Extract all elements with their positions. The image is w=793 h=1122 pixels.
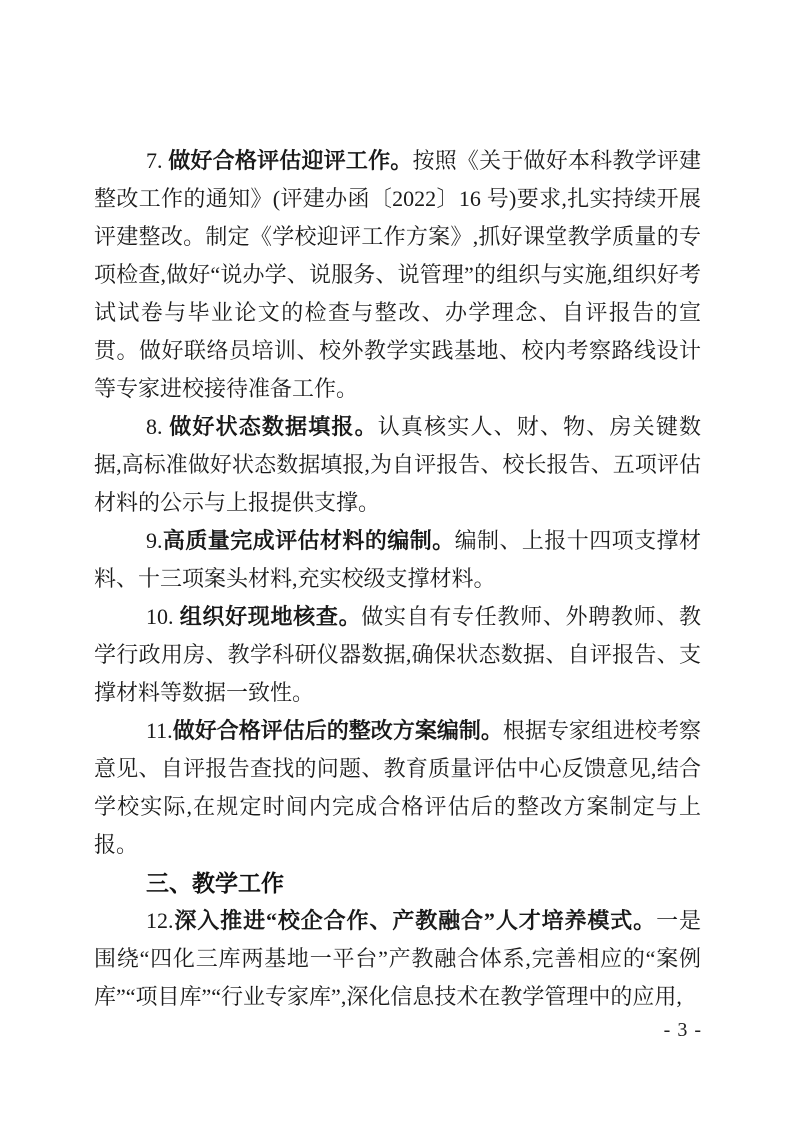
paragraph: 8. 做好状态数据填报。认真核实人、财、物、房关键数据,高标准做好状态数据填报,… <box>94 408 701 522</box>
paragraph-body: 按照《关于做好本科教学评建整改工作的通知》(评建办函〔2022〕16 号)要求,… <box>94 148 701 401</box>
paragraph: 9.高质量完成评估材料的编制。编制、上报十四项支撑材料、十三项案头材料,充实校级… <box>94 522 701 598</box>
paragraph-lead: 做好合格评估迎评工作。 <box>168 148 412 173</box>
paragraph: 10. 组织好现地核查。做实自有专任教师、外聘教师、教学行政用房、教学科研仪器数… <box>94 598 701 712</box>
paragraph-number: 10. <box>146 604 180 629</box>
document-body: 7. 做好合格评估迎评工作。按照《关于做好本科教学评建整改工作的通知》(评建办函… <box>94 142 701 1016</box>
document-page: 7. 做好合格评估迎评工作。按照《关于做好本科教学评建整改工作的通知》(评建办函… <box>0 0 793 1122</box>
paragraph-number: 11. <box>146 718 173 743</box>
paragraph-number: 8. <box>146 414 169 439</box>
paragraph-number: 12. <box>146 908 174 933</box>
paragraph: 7. 做好合格评估迎评工作。按照《关于做好本科教学评建整改工作的通知》(评建办函… <box>94 142 701 408</box>
paragraph-lead: 深入推进“校企合作、产教融合”人才培养模式。 <box>174 908 657 933</box>
page-number: - 3 - <box>664 1019 702 1042</box>
paragraph-lead: 做好状态数据填报。 <box>169 414 378 439</box>
paragraph: 12.深入推进“校企合作、产教融合”人才培养模式。一是围绕“四化三库两基地一平台… <box>94 902 701 1016</box>
paragraph-lead: 组织好现地核查。 <box>180 604 362 629</box>
paragraph-lead: 高质量完成评估材料的编制。 <box>163 528 455 553</box>
paragraph: 11.做好合格评估后的整改方案编制。根据专家组进校考察意见、自评报告查找的问题、… <box>94 712 701 864</box>
paragraph-number: 7. <box>146 148 168 173</box>
paragraph-lead: 做好合格评估后的整改方案编制。 <box>173 718 503 743</box>
paragraph-number: 9. <box>146 528 163 553</box>
section-heading: 三、教学工作 <box>94 864 701 902</box>
